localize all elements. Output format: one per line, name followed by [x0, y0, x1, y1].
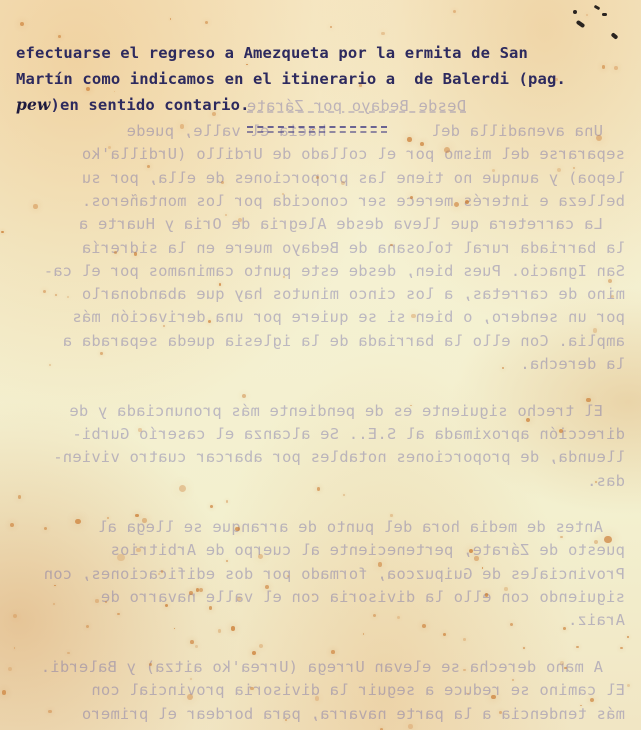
bleed-line: puesto de Zárate, perteneciente al cuerp…: [110, 541, 625, 559]
bleed-line: la derecha.: [520, 355, 625, 373]
bleed-line: Antes de media hora del punto de arranqu…: [98, 518, 603, 536]
bleed-line: separarse del mismo por el collado de Ur…: [82, 145, 625, 163]
bleed-line: El camino se reduce a seguir la divisori…: [91, 681, 625, 699]
handwritten-note: pew: [16, 95, 51, 114]
bleed-line: Araiz.: [568, 611, 625, 629]
bleed-line: amplia. Con ello la barriada de la igles…: [63, 332, 625, 350]
bleed-line: dirección aproximada al S.E.. Se alcanza…: [72, 425, 625, 443]
bleed-line: más tendencia a la parte navarra, para b…: [82, 705, 625, 723]
typed-line-2: Martín como indicamos en el itinerario a…: [16, 66, 566, 92]
typed-line-3: pew)en sentido contario.: [16, 92, 566, 118]
bleed-line: por un sendero, o bien si se quiere por …: [72, 308, 625, 326]
bleed-line: das.: [587, 472, 625, 490]
bleed-line: San Ignacio. Pues bien, desde este punto…: [44, 262, 625, 280]
bleed-line: la barriada rural tolosana de Bedayo mue…: [82, 239, 625, 257]
bleed-line: siguiendo con ello la divisoria con el v…: [101, 588, 625, 606]
bleed-line: La carretera que lleva desde Alegria de …: [79, 215, 603, 233]
bleed-line: lepoa) y aunque no tiene las proporcione…: [82, 169, 625, 187]
bleed-line: mino de carretas, a los cinco minutos ha…: [82, 285, 625, 303]
bleed-line: lleunda, de proporciones notables por ab…: [53, 448, 625, 466]
bleed-line: El trecho siguiente es de pendiente más …: [69, 402, 603, 420]
bleed-line: Provinciales de Guipuzcoa, formado por d…: [44, 565, 625, 583]
typed-text: efectuarse el regreso a Amezqueta por la…: [16, 40, 566, 118]
typed-line-3-text: )en sentido contario.: [51, 96, 250, 114]
strikethrough-mark: [247, 126, 387, 133]
bleed-line: belleza e interés merece ser conocida po…: [82, 192, 625, 210]
bleed-line: A mano derecha se elevan Urrega (Urrea'k…: [41, 658, 603, 676]
typed-line-1: efectuarse el regreso a Amezqueta por la…: [16, 40, 566, 66]
document-page: Desde Bedayo por Zárate Una avenadilla d…: [0, 0, 641, 730]
